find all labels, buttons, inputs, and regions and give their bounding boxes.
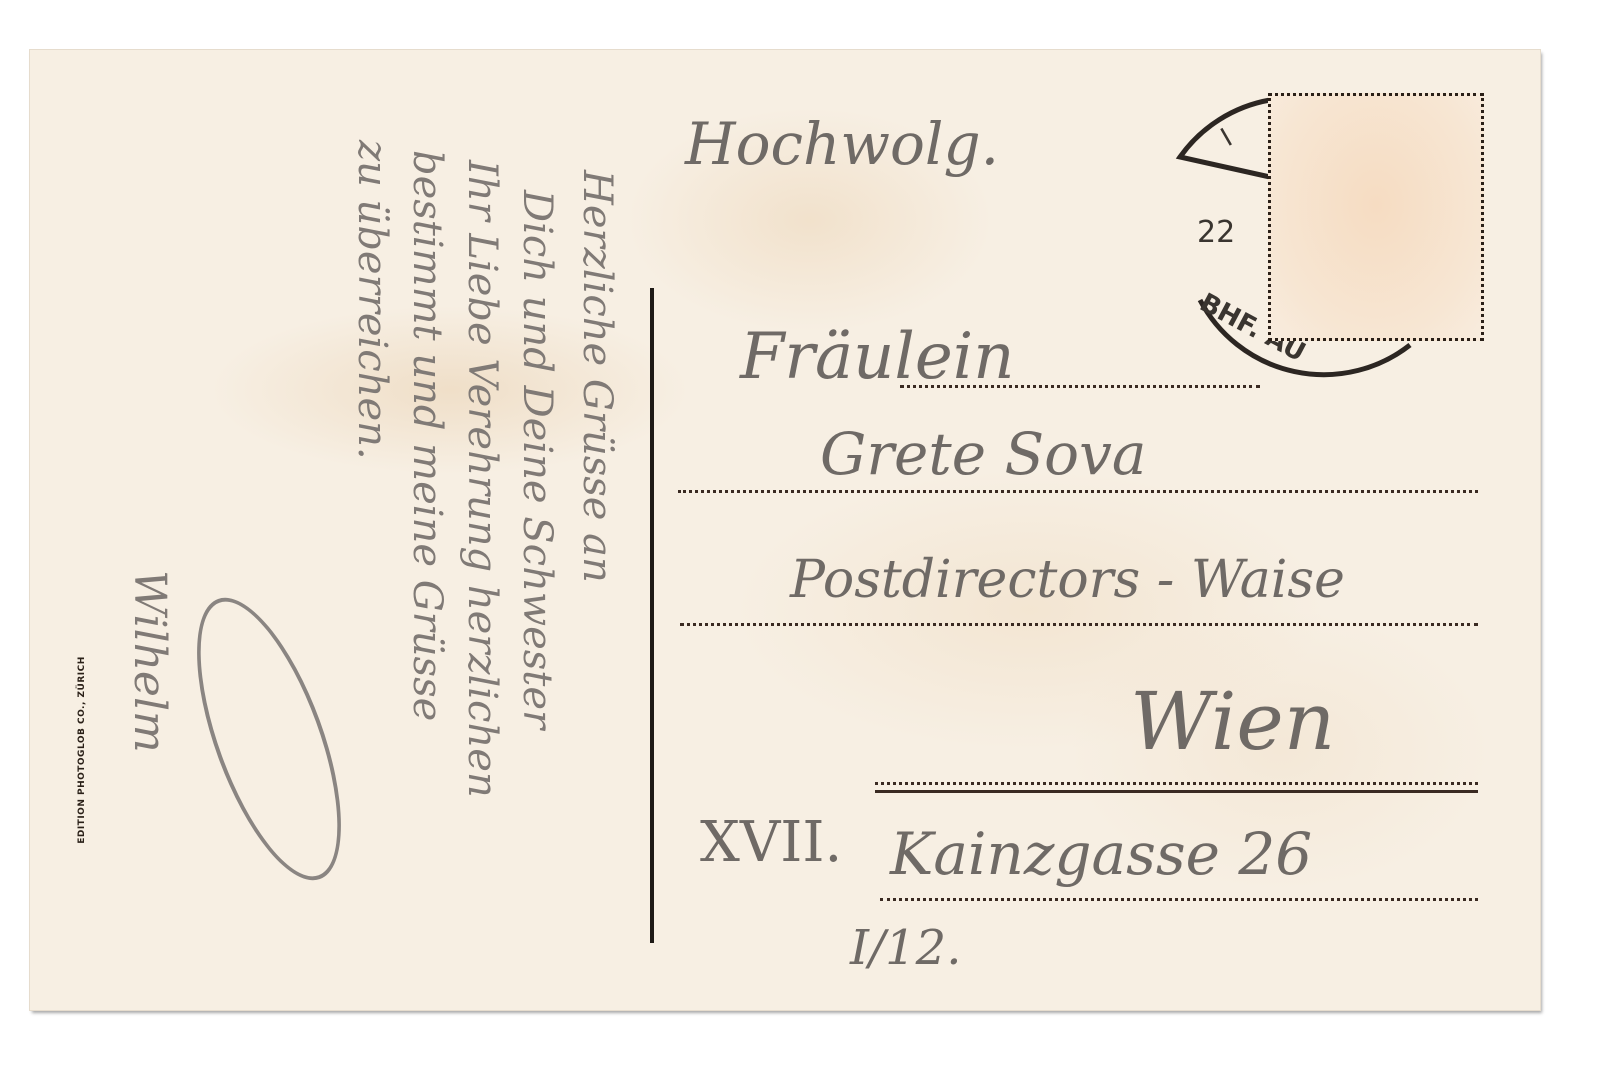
- message-line: Dich und Deine Schwester: [514, 190, 560, 729]
- vertical-divider: [650, 288, 654, 943]
- address-line-4-solid: [875, 790, 1478, 793]
- postcard: EDITION PHOTOGLOB CO., ZÜRICH Herzliche …: [30, 50, 1540, 1010]
- salutation: Hochwolg.: [685, 110, 999, 178]
- addressee-title: Fräulein: [740, 320, 1014, 394]
- message-line: zu überreichen.: [349, 140, 395, 460]
- address-line-2: [678, 490, 1478, 493]
- handwritten-message: Herzliche Grüsse an Dich und Deine Schwe…: [150, 130, 670, 1010]
- address-district: XVII.: [700, 810, 842, 875]
- address-apartment: I/12.: [850, 920, 961, 976]
- address-city: Wien: [1130, 675, 1335, 768]
- publisher-imprint: EDITION PHOTOGLOB CO., ZÜRICH: [77, 656, 87, 844]
- message-line: bestimmt und meine Grüsse: [404, 150, 450, 721]
- address-line-3: [680, 623, 1478, 626]
- address-street: Kainzgasse 26: [890, 820, 1312, 888]
- addressee-occupation: Postdirectors - Waise: [790, 550, 1345, 610]
- stamp-box: [1268, 93, 1484, 341]
- addressee-name: Grete Sova: [820, 420, 1146, 488]
- message-line: Ihr Liebe Verehrung herzlichen: [459, 160, 505, 798]
- signature: Wilhelm: [124, 570, 175, 753]
- message-line: Herzliche Grüsse an: [574, 170, 620, 583]
- address-line-4: [875, 782, 1478, 785]
- address-line-1: [900, 385, 1260, 388]
- postmark-day: 22: [1197, 215, 1235, 250]
- address-line-5: [880, 898, 1478, 901]
